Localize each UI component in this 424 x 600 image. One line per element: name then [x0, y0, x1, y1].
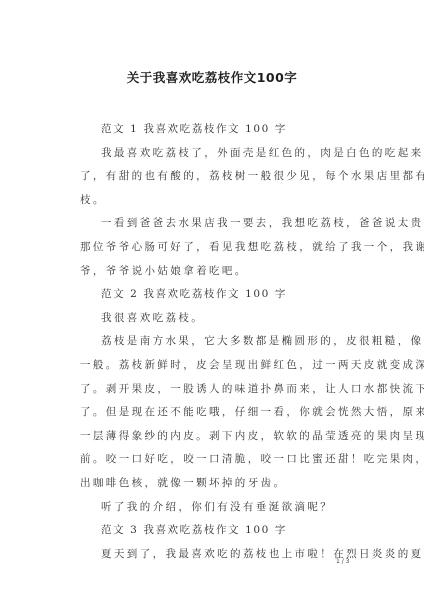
paragraph-line: 了。但是现在还不能吃哦，仔细一看，你就会恍然大悟，原来还有 [80, 401, 352, 425]
paragraph-line: 枝。 [80, 189, 352, 213]
page-number: 1 / 3 [336, 558, 349, 565]
document-body: 范文 1 我喜欢吃荔枝作文 100 字 我最喜欢吃荔枝了，外面壳是红色的，肉是白… [80, 118, 352, 566]
essay-heading-1: 范文 1 我喜欢吃荔枝作文 100 字 [80, 118, 352, 142]
essay-heading-2: 范文 2 我喜欢吃荔枝作文 100 字 [80, 283, 352, 307]
paragraph-line: 一看到爸爸去水果店我一要去，我想吃荔枝，爸爸说太贵了， [80, 212, 352, 236]
paragraph-line: 一般。荔枝新鲜时，皮会呈现出鲜红色，过一两天皮就变成深棕色 [80, 354, 352, 378]
document-title: 关于我喜欢吃荔枝作文100字 [0, 68, 424, 86]
paragraph-line: 荔枝是南方水果，它大多数都是椭圆形的，皮很粗糙，像鱼鳞 [80, 330, 352, 354]
paragraph-line: 听了我的介绍，你们有没有垂涎欲滴呢？ [80, 496, 352, 520]
document-page: 关于我喜欢吃荔枝作文100字 范文 1 我喜欢吃荔枝作文 100 字 我最喜欢吃… [0, 0, 424, 600]
paragraph-line: 了。剥开果皮，一股诱人的味道扑鼻而来，让人口水都快流下来 [80, 378, 352, 402]
essay-heading-3: 范文 3 我喜欢吃荔枝作文 100 字 [80, 519, 352, 543]
paragraph-line: 前。咬一口好吃，咬一口清脆，咬一口比蜜还甜！吃完果肉，会吐 [80, 448, 352, 472]
paragraph-line: 出咖啡色核，就像一颗坏掉的牙齿。 [80, 472, 352, 496]
paragraph-line: 那位爷爷心肠可好了，看见我想吃荔枝，就给了我一个，我谢谢爷 [80, 236, 352, 260]
paragraph-line: 一层薄得象纱的内皮。剥下内皮，软软的晶莹透亮的果肉呈现在眼 [80, 425, 352, 449]
paragraph-line: 我很喜欢吃荔枝。 [80, 307, 352, 331]
paragraph-line: 夏天到了，我最喜欢吃的荔枝也上市啦！在烈日炎炎的夏日吃 [80, 543, 352, 567]
paragraph-line: 了，有甜的也有酸的，荔枝树一般很少见，每个水果店里都有荔 [80, 165, 352, 189]
paragraph-line: 爷，爷爷说小姑娘拿着吃吧。 [80, 260, 352, 284]
paragraph-line: 我最喜欢吃荔枝了，外面壳是红色的，肉是白色的吃起来可好 [80, 142, 352, 166]
